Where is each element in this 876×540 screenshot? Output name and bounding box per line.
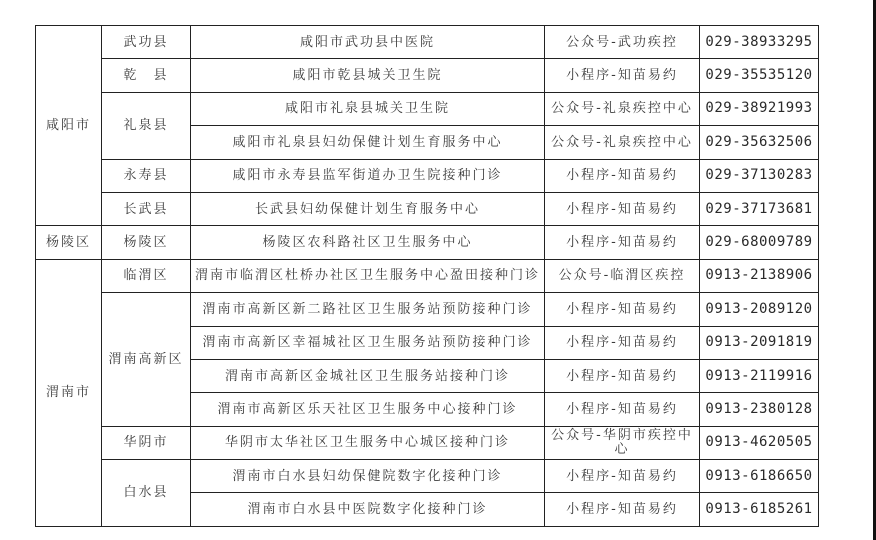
booking-channel-cell: 公众号-武功疾控	[545, 26, 700, 59]
phone-cell: 029-37130283	[700, 159, 819, 192]
city-cell: 杨陵区	[36, 226, 102, 259]
site-name-cell: 渭南市高新区新二路社区卫生服务站预防接种门诊	[191, 293, 545, 326]
county-cell: 长武县	[102, 192, 191, 225]
site-name-cell: 渭南市临渭区杜桥办社区卫生服务中心盈田接种门诊	[191, 259, 545, 292]
table-row: 咸阳市 武功县 咸阳市武功县中医院 公众号-武功疾控 029-38933295	[36, 26, 819, 59]
table-row: 永寿县 咸阳市永寿县监军街道办卫生院接种门诊 小程序-知苗易约 029-3713…	[36, 159, 819, 192]
site-name-cell: 渭南市高新区金城社区卫生服务站接种门诊	[191, 359, 545, 392]
phone-cell: 029-38933295	[700, 26, 819, 59]
site-name-cell: 渭南市高新区乐天社区卫生服务中心接种门诊	[191, 393, 545, 426]
phone-cell: 0913-4620505	[700, 426, 819, 459]
table-row: 杨陵区 杨陵区 杨陵区农科路社区卫生服务中心 小程序-知苗易约 029-6800…	[36, 226, 819, 259]
county-cell: 杨陵区	[102, 226, 191, 259]
phone-cell: 0913-2380128	[700, 393, 819, 426]
county-cell: 永寿县	[102, 159, 191, 192]
table-row: 白水县 渭南市白水县妇幼保健院数字化接种门诊 小程序-知苗易约 0913-618…	[36, 460, 819, 493]
table-row: 华阴市 华阴市太华社区卫生服务中心城区接种门诊 公众号-华阴市疾控中心 0913…	[36, 426, 819, 459]
booking-channel-cell: 小程序-知苗易约	[545, 59, 700, 92]
county-cell: 礼泉县	[102, 92, 191, 159]
vaccination-sites-table: 咸阳市 武功县 咸阳市武功县中医院 公众号-武功疾控 029-38933295 …	[35, 25, 819, 527]
booking-channel-cell: 公众号-礼泉疾控中心	[545, 92, 700, 125]
phone-cell: 0913-2091819	[700, 326, 819, 359]
site-name-cell: 渭南市高新区幸福城社区卫生服务站预防接种门诊	[191, 326, 545, 359]
city-cell: 咸阳市	[36, 26, 102, 226]
booking-channel-cell: 小程序-知苗易约	[545, 460, 700, 493]
county-cell: 华阴市	[102, 426, 191, 459]
site-name-cell: 长武县妇幼保健计划生育服务中心	[191, 192, 545, 225]
county-cell: 武功县	[102, 26, 191, 59]
phone-cell: 029-38921993	[700, 92, 819, 125]
booking-channel-cell: 小程序-知苗易约	[545, 192, 700, 225]
phone-cell: 0913-2138906	[700, 259, 819, 292]
booking-channel-cell: 小程序-知苗易约	[545, 393, 700, 426]
booking-channel-cell: 公众号-华阴市疾控中心	[545, 426, 700, 459]
phone-cell: 029-37173681	[700, 192, 819, 225]
site-name-cell: 咸阳市礼泉县城关卫生院	[191, 92, 545, 125]
site-name-cell: 渭南市白水县中医院数字化接种门诊	[191, 493, 545, 526]
booking-channel-cell: 小程序-知苗易约	[545, 326, 700, 359]
city-cell: 渭南市	[36, 259, 102, 526]
booking-channel-cell: 小程序-知苗易约	[545, 493, 700, 526]
phone-cell: 0913-6186650	[700, 460, 819, 493]
site-name-cell: 咸阳市礼泉县妇幼保健计划生育服务中心	[191, 126, 545, 159]
booking-channel-cell: 小程序-知苗易约	[545, 359, 700, 392]
booking-channel-cell: 小程序-知苗易约	[545, 159, 700, 192]
county-cell: 白水县	[102, 460, 191, 527]
site-name-cell: 咸阳市永寿县监军街道办卫生院接种门诊	[191, 159, 545, 192]
site-name-cell: 渭南市白水县妇幼保健院数字化接种门诊	[191, 460, 545, 493]
phone-cell: 0913-6185261	[700, 493, 819, 526]
table-row: 长武县 长武县妇幼保健计划生育服务中心 小程序-知苗易约 029-3717368…	[36, 192, 819, 225]
phone-cell: 0913-2119916	[700, 359, 819, 392]
county-cell: 临渭区	[102, 259, 191, 292]
site-name-cell: 华阴市太华社区卫生服务中心城区接种门诊	[191, 426, 545, 459]
county-cell: 渭南高新区	[102, 293, 191, 427]
phone-cell: 0913-2089120	[700, 293, 819, 326]
table-row: 渭南高新区 渭南市高新区新二路社区卫生服务站预防接种门诊 小程序-知苗易约 09…	[36, 293, 819, 326]
booking-channel-cell: 小程序-知苗易约	[545, 226, 700, 259]
table-row: 礼泉县 咸阳市礼泉县城关卫生院 公众号-礼泉疾控中心 029-38921993	[36, 92, 819, 125]
site-name-cell: 咸阳市乾县城关卫生院	[191, 59, 545, 92]
site-name-cell: 咸阳市武功县中医院	[191, 26, 545, 59]
booking-channel-cell: 公众号-临渭区疾控	[545, 259, 700, 292]
booking-channel-cell: 公众号-礼泉疾控中心	[545, 126, 700, 159]
phone-cell: 029-35632506	[700, 126, 819, 159]
phone-cell: 029-35535120	[700, 59, 819, 92]
site-name-cell: 杨陵区农科路社区卫生服务中心	[191, 226, 545, 259]
county-cell: 乾 县	[102, 59, 191, 92]
booking-channel-cell: 小程序-知苗易约	[545, 293, 700, 326]
table-row: 乾 县 咸阳市乾县城关卫生院 小程序-知苗易约 029-35535120	[36, 59, 819, 92]
phone-cell: 029-68009789	[700, 226, 819, 259]
table-row: 渭南市 临渭区 渭南市临渭区杜桥办社区卫生服务中心盈田接种门诊 公众号-临渭区疾…	[36, 259, 819, 292]
